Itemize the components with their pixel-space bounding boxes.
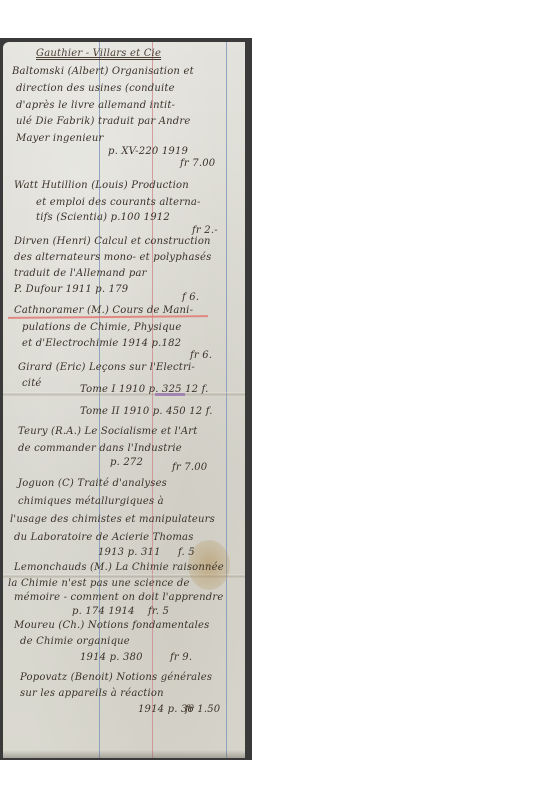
entry-volume: Tome II 1910 p. 450 12 f. xyxy=(80,406,213,418)
entry-line: Watt Hutillion (Louis) Production xyxy=(14,180,189,192)
entry-line: Girard (Eric) Leçons sur l'Electri- xyxy=(18,362,195,374)
entry-line: pulations de Chimie, Physique xyxy=(22,322,181,334)
entry-pages-year: p. XV-220 1919 xyxy=(108,146,188,158)
entry-line: et emploi des courants alterna- xyxy=(36,197,201,209)
entry-line: sur les appareils à réaction xyxy=(20,688,164,700)
entry-line: cité xyxy=(22,378,42,390)
entry-pages-year: p. 272 xyxy=(110,457,143,469)
entry-line: d'après le livre allemand intit- xyxy=(16,100,175,112)
entry-price: fr. 5 xyxy=(148,606,169,618)
entry-line: traduit de l'Allemand par xyxy=(14,268,147,280)
entry-line: ulé Die Fabrik) traduit par Andre xyxy=(16,116,190,128)
entry-pages-year: p. 174 1914 xyxy=(72,606,135,618)
entry-price: fr 7.00 xyxy=(180,158,215,170)
entry-pages-year: 1914 p. 380 xyxy=(80,652,143,664)
entry-line: Baltomski (Albert) Organisation et xyxy=(12,66,194,78)
entry-line: des alternateurs mono- et polyphasés xyxy=(14,252,211,264)
entry-line: Teury (R.A.) Le Socialisme et l'Art xyxy=(18,426,198,438)
entry-price: fr 6. xyxy=(190,350,212,362)
entry-price: f 6. xyxy=(182,292,199,304)
entry-line: de Chimie organique xyxy=(20,636,130,648)
entry-price: fr 9. xyxy=(170,652,192,664)
entry-line: Cathnoramer (M.) Cours de Mani- xyxy=(14,305,193,317)
entry-line: l'usage des chimistes et manipulateurs xyxy=(10,514,215,526)
torn-edge xyxy=(3,750,245,758)
entry-line: Joguon (C) Traité d'analyses xyxy=(18,478,167,490)
heading: Gauthier - Villars et Cie xyxy=(36,48,161,60)
margin-rule-blue-left xyxy=(99,42,100,758)
entry-line: mémoire - comment on doit l'apprendre xyxy=(14,592,224,604)
entry-line: tifs (Scientia) p.100 1912 xyxy=(36,212,170,224)
entry-price: f. 5 xyxy=(178,547,195,559)
entry-price: fr 1.50 xyxy=(185,704,220,716)
entry-line: direction des usines (conduite xyxy=(16,83,175,95)
entry-line: du Laboratoire de Acierie Thomas xyxy=(14,532,194,544)
entry-pages-year: 1913 p. 311 xyxy=(98,547,161,559)
entry-line: de commander dans l'Industrie xyxy=(18,443,182,455)
entry-price: fr 7.00 xyxy=(172,462,207,474)
entry-line: Lemonchauds (M.) La Chimie raisonnée xyxy=(14,562,224,574)
entry-line: P. Dufour 1911 p. 179 xyxy=(14,284,128,296)
entry-volume: Tome I 1910 p. 325 12 f. xyxy=(80,384,209,396)
margin-rule-blue-right xyxy=(226,42,227,758)
entry-line: chimiques métallurgiques à xyxy=(18,496,164,508)
entry-line: Popovatz (Benoit) Notions générales xyxy=(20,672,212,684)
entry-line: et d'Electrochimie 1914 p.182 xyxy=(22,338,181,350)
entry-line: Moureu (Ch.) Notions fondamentales xyxy=(14,620,209,632)
entry-line: Dirven (Henri) Calcul et construction xyxy=(14,236,211,248)
entry-line: la Chimie n'est pas une science de xyxy=(8,578,190,590)
entry-line: Mayer ingenieur xyxy=(16,133,103,145)
